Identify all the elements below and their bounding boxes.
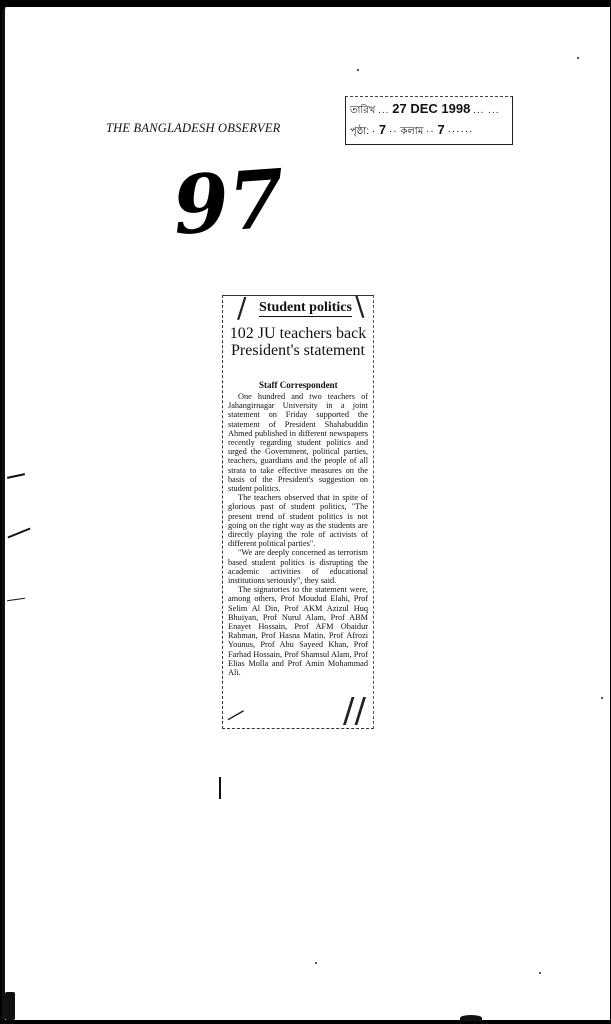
scan-artifact: [601, 697, 603, 699]
scanned-page: THE BANGLADESH OBSERVER তারিখ ... 27 DEC…: [2, 7, 610, 1020]
scan-artifact: [5, 992, 15, 1020]
scissor-cut-mark: \: [355, 292, 364, 320]
stamp-page-row: পৃষ্ঠা: · 7 ·· কলাম ·· 7 ······: [350, 122, 474, 141]
scan-artifact: [357, 69, 359, 71]
stamp-date-row: তারিখ ... 27 DEC 1998 ... ...: [350, 101, 500, 120]
scissor-cut-mark: //: [343, 694, 366, 728]
scan-artifact: [460, 1015, 482, 1021]
article-body: One hundred and two teachers of Jahangir…: [228, 392, 368, 677]
scan-artifact: [219, 777, 221, 799]
scan-artifact: [7, 473, 25, 479]
stamp-date-label: তারিখ: [350, 105, 375, 116]
handwritten-number: 97: [170, 158, 287, 246]
scissor-cut-mark: /: [237, 294, 246, 322]
scan-artifact: [315, 962, 317, 964]
stamp-column-label: কলাম: [400, 126, 423, 137]
news-clipping: / \ Student politics 102 JU teachers bac…: [222, 295, 374, 729]
stamp-page-value: 7: [379, 122, 386, 137]
article-paragraph: The signatories to the statement were, a…: [228, 585, 368, 677]
archive-stamp: তারিখ ... 27 DEC 1998 ... ... পৃষ্ঠা: · …: [345, 96, 513, 145]
stamp-column-value: 7: [438, 122, 445, 137]
stamp-page-label: পৃষ্ঠা: [350, 126, 366, 137]
article-paragraph: One hundred and two teachers of Jahangir…: [228, 392, 368, 493]
scan-artifact: [7, 528, 30, 539]
article-byline: Staff Correspondent: [259, 380, 338, 390]
stamp-date-value: 27 DEC 1998: [392, 101, 470, 116]
article-kicker: Student politics: [259, 300, 352, 317]
scan-artifact: [539, 972, 541, 974]
article-paragraph: "We are deeply concerned as terrorism ba…: [228, 548, 368, 585]
scan-artifact: [7, 598, 25, 601]
scan-artifact: [577, 57, 579, 59]
article-paragraph: The teachers observed that in spite of g…: [228, 493, 368, 548]
scissor-cut-mark: —: [221, 700, 248, 727]
article-headline: 102 JU teachers back President's stateme…: [223, 325, 373, 359]
newspaper-name: THE BANGLADESH OBSERVER: [106, 121, 281, 136]
